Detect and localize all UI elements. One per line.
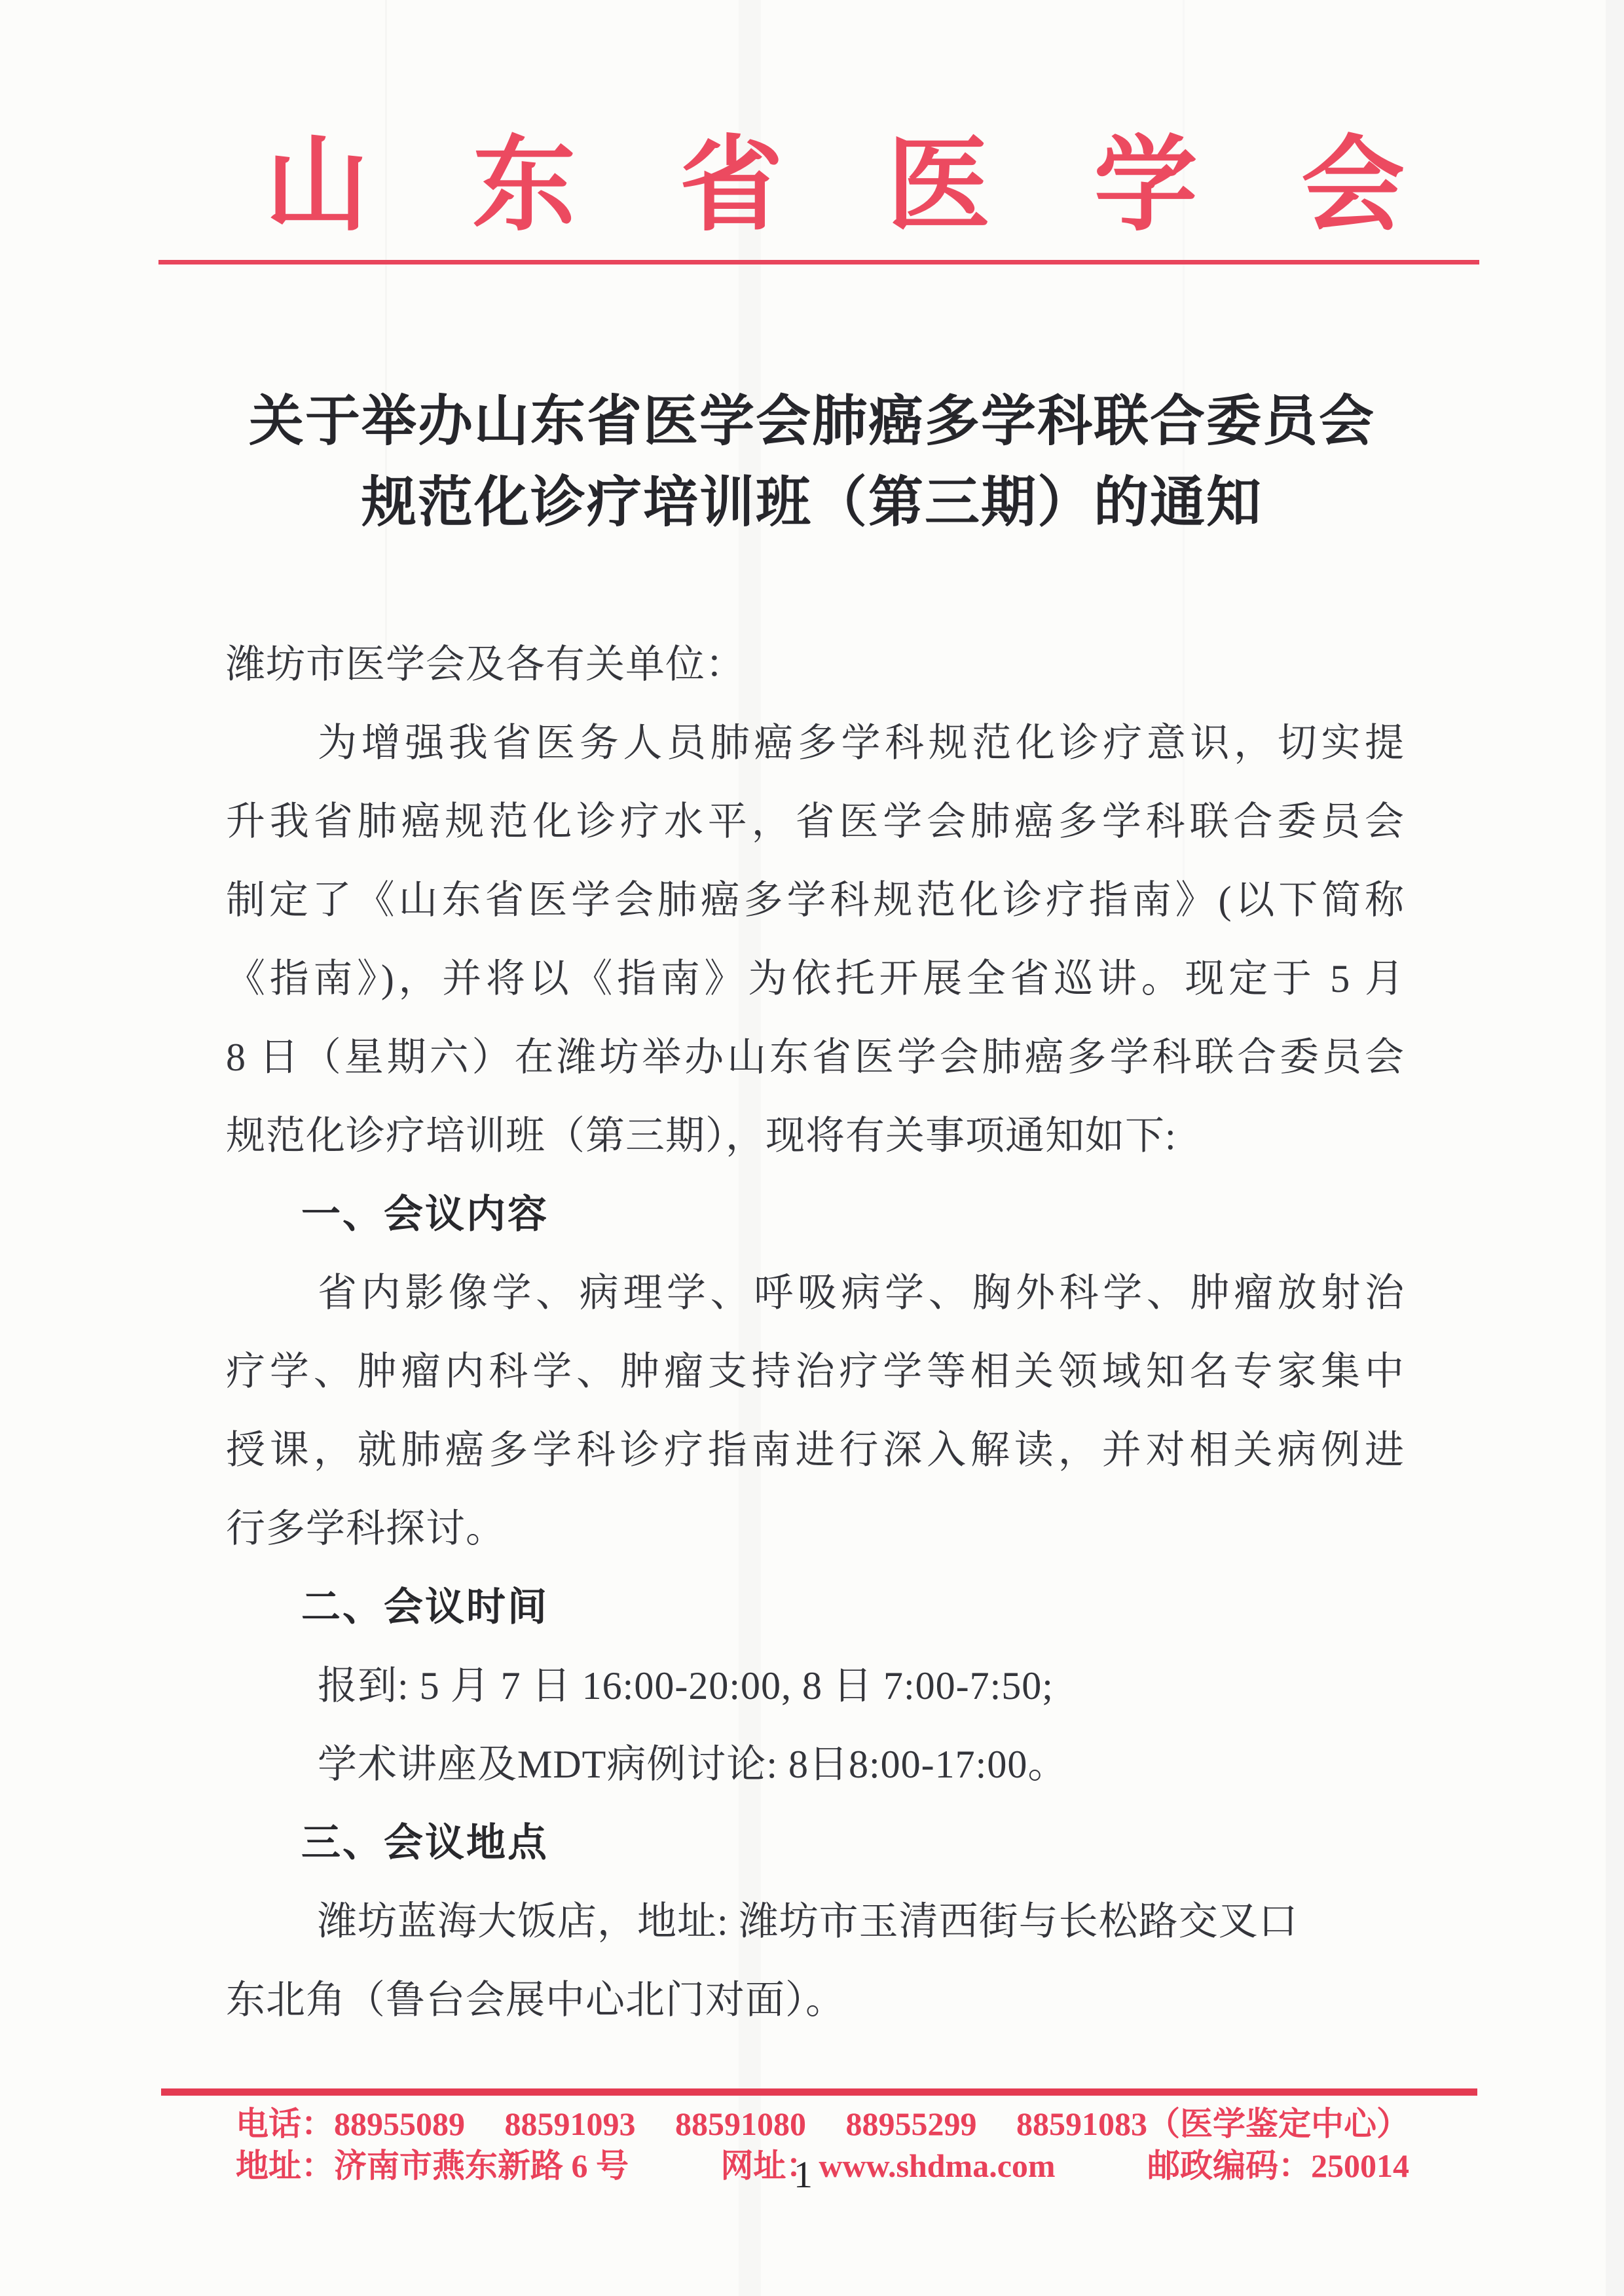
notice-body: 潍坊市医学会及各有关单位： 为增强我省医务人员肺癌多学科规范化诊疗意识，切实提 … [226, 625, 1405, 2039]
section-heading-3: 三、会议地点 [226, 1804, 1405, 1882]
body-line: 东北角（鲁台会展中心北门对面）。 [226, 1961, 1405, 2039]
notice-title: 关于举办山东省医学会肺癌多学科联合委员会 规范化诊疗培训班（第三期）的通知 [0, 382, 1624, 544]
footer-phone-number: 88955299 [846, 2104, 977, 2143]
footer-phone-number: 88591080 [675, 2104, 806, 2143]
body-line: 省内影像学、病理学、呼吸病学、胸外科学、肿瘤放射治 [226, 1254, 1405, 1332]
letterhead-org-name: 山东省医学会 [265, 130, 1405, 244]
footer-website: 网址：www.shdma.com [720, 2146, 1055, 2185]
scan-artifact [1606, 0, 1624, 2296]
footer-phone-label-and-number: 电话：88955089 [236, 2104, 465, 2143]
body-line: 行多学科探讨。 [226, 1489, 1405, 1568]
footer-address: 地址：济南市燕东新路 6 号 [236, 2146, 629, 2185]
section-heading-2: 二、会议时间 [226, 1568, 1405, 1647]
notice-title-line2: 规范化诊疗培训班（第三期）的通知 [0, 463, 1624, 544]
footer-phone-number: 88591093 [505, 2104, 636, 2143]
footer-phone-row: 电话：88955089 88591093 88591080 88955299 8… [236, 2104, 1409, 2143]
body-line: 规范化诊疗培训班（第三期），现将有关事项通知如下: [226, 1097, 1405, 1175]
footer-phone-number: 88591083（医学鉴定中心） [1016, 2104, 1409, 2143]
body-line: 报到: 5 月 7 日 16:00-20:00, 8 日 7:00-7:50; [226, 1647, 1405, 1725]
body-line: 授课，就肺癌多学科诊疗指南进行深入解读，并对相关病例进 [226, 1411, 1405, 1489]
footer-rule [161, 2088, 1477, 2096]
section-heading-1: 一、会议内容 [226, 1175, 1405, 1254]
body-line: 升我省肺癌规范化诊疗水平，省医学会肺癌多学科联合委员会 [226, 782, 1405, 861]
salutation-line: 潍坊市医学会及各有关单位： [226, 625, 1405, 704]
notice-title-line1: 关于举办山东省医学会肺癌多学科联合委员会 [0, 382, 1624, 463]
scan-artifact [385, 0, 387, 655]
document-page: 山东省医学会 关于举办山东省医学会肺癌多学科联合委员会 规范化诊疗培训班（第三期… [0, 0, 1624, 2296]
footer-postcode: 邮政编码：250014 [1147, 2146, 1409, 2185]
page-number: 1 [794, 2154, 813, 2196]
body-line: 《指南》)，并将以《指南》为依托开展全省巡讲。现定于 5 月 [226, 939, 1405, 1018]
footer-address-row: 地址：济南市燕东新路 6 号 网址：www.shdma.com 邮政编码：250… [236, 2146, 1409, 2185]
body-line: 学术讲座及MDT病例讨论: 8日8:00-17:00。 [226, 1725, 1405, 1804]
body-line: 8 日（星期六）在潍坊举办山东省医学会肺癌多学科联合委员会 [226, 1018, 1405, 1097]
body-line: 制定了《山东省医学会肺癌多学科规范化诊疗指南》(以下简称 [226, 861, 1405, 939]
body-line: 为增强我省医务人员肺癌多学科规范化诊疗意识，切实提 [226, 704, 1405, 782]
letterhead-rule [158, 260, 1479, 264]
body-line: 潍坊蓝海大饭店，地址: 潍坊市玉清西街与长松路交叉口 [226, 1882, 1405, 1961]
body-line: 疗学、肿瘤内科学、肿瘤支持治疗学等相关领域知名专家集中 [226, 1332, 1405, 1411]
